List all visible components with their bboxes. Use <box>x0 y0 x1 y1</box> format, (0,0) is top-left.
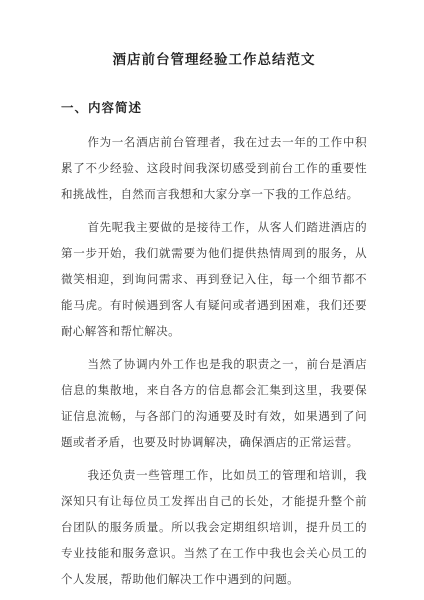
paragraph-reception-work: 首先呢我主要做的是接待工作，从客人们踏进酒店的第一步开始，我们就需要为他们提供热… <box>61 215 367 345</box>
section-heading: 一、内容简述 <box>61 98 367 116</box>
paragraph-coordination: 当然了协调内外工作也是我的职责之一，前台是酒店信息的集散地，来自各方的信息都会汇… <box>61 352 367 456</box>
paragraph-intro: 作为一名酒店前台管理者，我在过去一年的工作中积累了不少经验、这段时间我深切感受到… <box>61 130 367 208</box>
paragraph-management-training: 我还负责一些管理工作，比如员工的管理和培训，我深知只有让每位员工发挥出自己的长处… <box>61 463 367 593</box>
document-page: 酒店前台管理经验工作总结范文 一、内容简述 作为一名酒店前台管理者，我在过去一年… <box>0 0 424 600</box>
document-title: 酒店前台管理经验工作总结范文 <box>61 48 367 68</box>
